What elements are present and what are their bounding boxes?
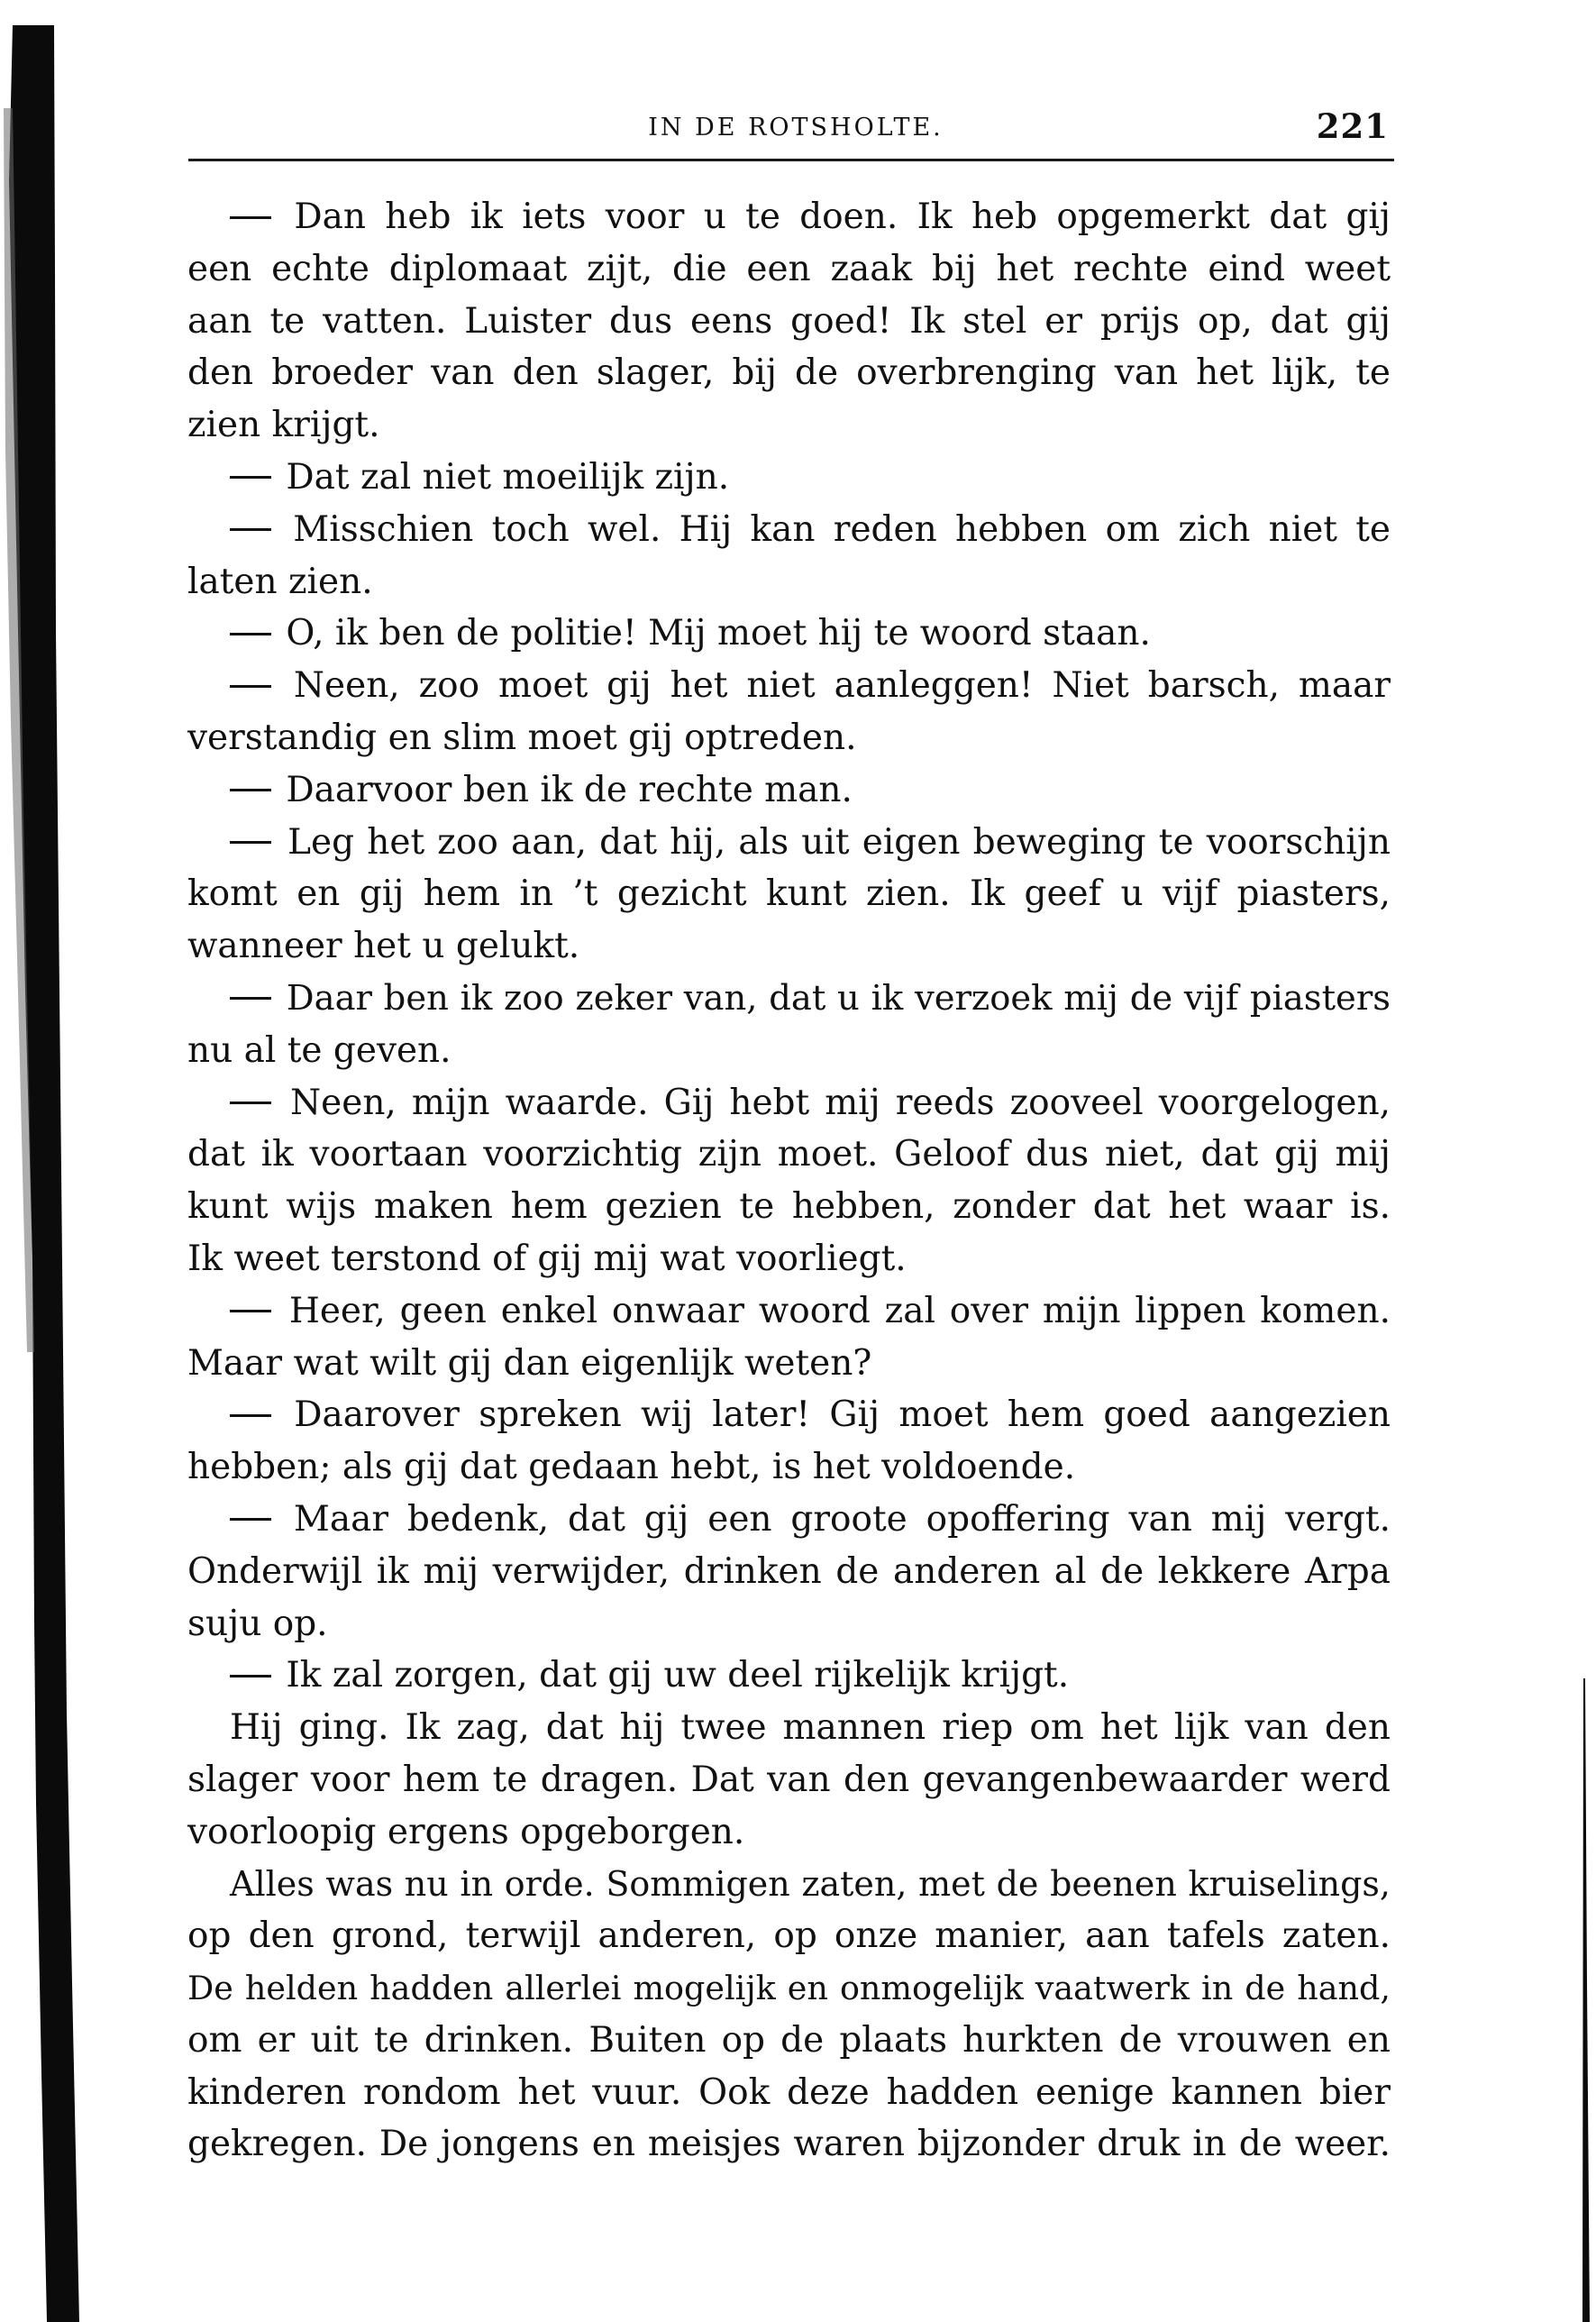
line-text: Daarvoor ben ik de rechte man. (275, 770, 853, 810)
em-dash-icon (230, 997, 271, 1000)
text-line: aan te vatten. Luister dus eens goed! Ik… (187, 296, 1391, 348)
right-edge-shadow (1568, 0, 1596, 2322)
line-text: Heer, geen enkel onwaar woord zal over m… (275, 1291, 1391, 1331)
em-dash-icon (230, 1518, 271, 1521)
text-line: Heer, geen enkel onwaar woord zal over m… (187, 1285, 1391, 1338)
line-text: Neen, mijn waarde. Gij hebt mij reeds zo… (275, 1083, 1391, 1123)
text-line: Leg het zoo aan, dat hij, als uit eigen … (187, 817, 1391, 869)
narrative-paragraph: Hij ging. Ik zag, dat hij twee mannen ri… (187, 1702, 1391, 1858)
line-text: Neen, zoo moet gij het niet aanleggen! N… (275, 665, 1391, 706)
dialogue-paragraph: Heer, geen enkel onwaar woord zal over m… (187, 1285, 1391, 1390)
line-text: Dat zal niet moeilijk zijn. (275, 457, 729, 498)
line-text: Leg het zoo aan, dat hij, als uit eigen … (275, 822, 1391, 863)
page-number: 221 (1317, 105, 1389, 148)
text-line: Alles was nu in orde. Sommigen zaten, me… (187, 1859, 1391, 1911)
text-line: voorloopig ergens opgeborgen. (187, 1806, 1391, 1859)
text-line: Daar ben ik zoo zeker van, dat u ik verz… (187, 973, 1391, 1025)
dialogue-paragraph: Daar ben ik zoo zeker van, dat u ik verz… (187, 973, 1391, 1077)
body-text: Dan heb ik iets voor u te doen. Ik heb o… (187, 191, 1391, 2171)
text-line: Neen, mijn waarde. Gij hebt mij reeds zo… (187, 1077, 1391, 1129)
dialogue-paragraph: Dan heb ik iets voor u te doen. Ik heb o… (187, 191, 1391, 452)
line-text: Maar bedenk, dat gij een groote opofferi… (275, 1499, 1391, 1540)
text-line: verstandig en slim moet gij optreden. (187, 712, 1391, 764)
dialogue-paragraph: Neen, zoo moet gij het niet aanleggen! N… (187, 660, 1391, 764)
em-dash-icon (230, 476, 271, 479)
text-line: Dat zal niet moeilijk zijn. (187, 452, 1391, 504)
line-text: Ik zal zorgen, dat gij uw deel rijkelijk… (275, 1655, 1069, 1696)
text-line: suju op. (187, 1598, 1391, 1650)
em-dash-icon (230, 1414, 271, 1417)
text-line: O, ik ben de politie! Mij moet hij te wo… (187, 608, 1391, 660)
text-line: Neen, zoo moet gij het niet aanleggen! N… (187, 660, 1391, 712)
em-dash-icon (230, 1310, 271, 1312)
text-line: een echte diplomaat zijt, die een zaak b… (187, 243, 1391, 296)
text-line: om er uit te drinken. Buiten op de plaat… (187, 2015, 1391, 2067)
dialogue-paragraph: Ik zal zorgen, dat gij uw deel rijkelijk… (187, 1650, 1391, 1702)
line-text: Daarover spreken wij later! Gij moet hem… (275, 1394, 1391, 1435)
dialogue-paragraph: O, ik ben de politie! Mij moet hij te wo… (187, 608, 1391, 660)
text-line: den broeder van den slager, bij de overb… (187, 347, 1391, 399)
em-dash-icon (230, 841, 271, 844)
dialogue-paragraph: Neen, mijn waarde. Gij hebt mij reeds zo… (187, 1077, 1391, 1285)
em-dash-icon (230, 528, 271, 531)
text-line: Daarvoor ben ik de rechte man. (187, 764, 1391, 817)
binding-shadow (0, 0, 108, 2322)
dialogue-paragraph: Daarvoor ben ik de rechte man. (187, 764, 1391, 817)
running-head: IN DE ROTSHOLTE. 221 (188, 106, 1394, 150)
em-dash-icon (230, 1675, 271, 1678)
text-line: laten zien. (187, 556, 1391, 608)
narrative-paragraph: Alles was nu in orde. Sommigen zaten, me… (187, 1859, 1391, 2171)
text-line: Misschien toch wel. Hij kan reden hebben… (187, 504, 1391, 556)
text-line: komt en gij hem in ’t gezicht kunt zien.… (187, 868, 1391, 920)
dialogue-paragraph: Misschien toch wel. Hij kan reden hebben… (187, 504, 1391, 608)
em-dash-icon (230, 1102, 271, 1104)
line-text: Dan heb ik iets voor u te doen. Ik heb o… (275, 197, 1391, 237)
em-dash-icon (230, 216, 271, 219)
dialogue-paragraph: Leg het zoo aan, dat hij, als uit eigen … (187, 817, 1391, 973)
dialogue-paragraph: Maar bedenk, dat gij een groote opofferi… (187, 1494, 1391, 1650)
header-rule (188, 159, 1394, 161)
text-line: Hij ging. Ik zag, dat hij twee mannen ri… (187, 1702, 1391, 1754)
text-line: Ik weet terstond of gij mij wat voorlieg… (187, 1233, 1391, 1285)
dialogue-paragraph: Daarover spreken wij later! Gij moet hem… (187, 1389, 1391, 1494)
text-line: kinderen rondom het vuur. Ook deze hadde… (187, 2067, 1391, 2119)
dialogue-paragraph: Dat zal niet moeilijk zijn. (187, 452, 1391, 504)
em-dash-icon (230, 633, 271, 635)
text-line: kunt wijs maken hem gezien te hebben, zo… (187, 1181, 1391, 1233)
text-line: wanneer het u gelukt. (187, 920, 1391, 973)
text-line: hebben; als gij dat gedaan hebt, is het … (187, 1441, 1391, 1494)
em-dash-icon (230, 685, 271, 688)
text-line: op den grond, terwijl anderen, op onze m… (187, 1910, 1391, 1962)
em-dash-icon (230, 789, 271, 791)
text-line: Maar wat wilt gij dan eigenlijk weten? (187, 1338, 1391, 1390)
text-line: gekregen. De jongens en meisjes waren bi… (187, 2118, 1391, 2171)
text-line: slager voor hem te dragen. Dat van den g… (187, 1754, 1391, 1806)
line-text: Misschien toch wel. Hij kan reden hebben… (275, 509, 1391, 550)
running-title: IN DE ROTSHOLTE. (188, 106, 1394, 150)
text-line: Onderwijl ik mij verwijder, drinken de a… (187, 1546, 1391, 1598)
line-text: Daar ben ik zoo zeker van, dat u ik verz… (275, 978, 1391, 1019)
text-line: zien krijgt. (187, 399, 1391, 452)
text-line: dat ik voortaan voorzichtig zijn moet. G… (187, 1129, 1391, 1181)
text-line: De helden hadden allerlei mogelijk en on… (187, 1962, 1391, 2015)
text-line: Maar bedenk, dat gij een groote opofferi… (187, 1494, 1391, 1546)
text-line: Ik zal zorgen, dat gij uw deel rijkelijk… (187, 1650, 1391, 1702)
text-line: nu al te geven. (187, 1025, 1391, 1077)
text-line: Daarover spreken wij later! Gij moet hem… (187, 1389, 1391, 1441)
text-line: Dan heb ik iets voor u te doen. Ik heb o… (187, 191, 1391, 243)
line-text: O, ik ben de politie! Mij moet hij te wo… (275, 613, 1151, 654)
